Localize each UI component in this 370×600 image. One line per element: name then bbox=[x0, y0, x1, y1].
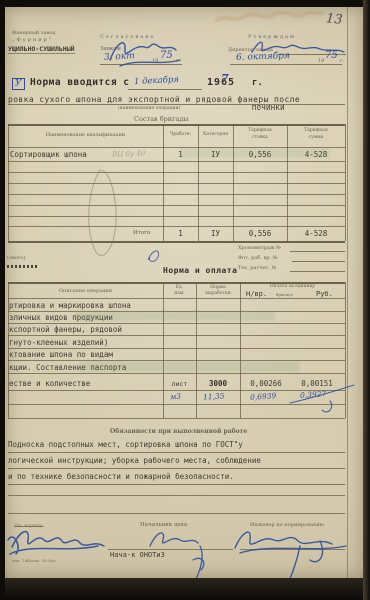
scan-edge-right bbox=[363, 0, 370, 600]
brigade-col-count: Чработн. bbox=[163, 132, 198, 137]
approved-year-suffix: г. bbox=[340, 58, 344, 64]
blank-rule-1 bbox=[8, 495, 345, 496]
brigade-row-sum: 4-528 bbox=[287, 150, 345, 159]
brigade-title: Состав бригады bbox=[134, 115, 189, 123]
agreed-date-line bbox=[100, 64, 182, 65]
pay-col-nvr: Н/вр. bbox=[246, 290, 267, 298]
margin-fragment: (ового) bbox=[7, 255, 25, 261]
pay-value-nvr: 0,00266 bbox=[240, 379, 292, 388]
ref-tech-label: Тех. расчет. № bbox=[238, 265, 276, 271]
norm-year-overwrite: 7 bbox=[221, 72, 229, 85]
center-signer-label: Начальник цеха bbox=[140, 522, 187, 528]
factory-name-line2: „Фурнир“ bbox=[12, 37, 53, 43]
pay-desc-line-6: кции. Составление паспорта bbox=[9, 363, 126, 372]
shop-name: УЩИЛЬНО-СУШИЛЬНЫЙ bbox=[8, 45, 75, 54]
brigade-total-count: 1 bbox=[163, 229, 198, 238]
duties-line-3: и по технике безопасности и пожарной без… bbox=[8, 472, 345, 485]
pay-value-unit: лист bbox=[163, 380, 196, 388]
agreed-year-handwritten: 75 bbox=[160, 50, 173, 61]
pay-desc-line-2: зличных видов продукции bbox=[9, 313, 113, 322]
pay-col-norm1: Норма bbox=[196, 285, 240, 290]
pay-desc-line-7: естве и количестве bbox=[9, 379, 90, 388]
approved-date-handwritten: 6. октября bbox=[236, 51, 290, 63]
pay-hand-unit: м3 bbox=[170, 392, 182, 402]
pay-hand-nvr: 0,6939 bbox=[250, 391, 277, 402]
operation-tail: ПОЧИНКИ bbox=[252, 104, 285, 112]
pay-value-norm: 3000 bbox=[196, 379, 240, 388]
print-note: тип. Табалка. 38 8оо bbox=[12, 558, 56, 563]
pay-col-desc: Описание операции bbox=[8, 288, 163, 294]
norm-intro-label: Норма вводится с bbox=[30, 77, 130, 88]
pay-col-mid: бригаде bbox=[276, 292, 293, 297]
pay-hand-norm: 11,35 bbox=[203, 391, 225, 401]
agreed-date-handwritten: 3. окт bbox=[104, 51, 135, 63]
pay-desc-line-3: кспортной фанеры, рядовой bbox=[9, 325, 122, 334]
brigade-total-label: Итого bbox=[133, 230, 150, 236]
pay-col-unit1: Ед. bbox=[163, 285, 196, 290]
right-sign-line bbox=[240, 549, 345, 550]
brigade-total-rate: 0,556 bbox=[233, 229, 287, 238]
ref-tech-line bbox=[290, 271, 345, 272]
margin-mark: У bbox=[12, 78, 25, 90]
duties-title: Обязанности при выполненной работе bbox=[110, 428, 247, 435]
brigade-total-category: IУ bbox=[198, 229, 233, 238]
brigade-col-rate1: Тарифная bbox=[233, 128, 287, 133]
scan-edge-left bbox=[0, 0, 5, 600]
pay-section-title: Норма и оплата bbox=[163, 266, 237, 275]
duties-line-2: логической инструкции; уборка рабочего м… bbox=[8, 456, 345, 469]
left-signer-label: Нм. нормир. bbox=[14, 524, 44, 529]
pay-col-rub: Руб. bbox=[316, 290, 333, 298]
page-number: 13 bbox=[325, 11, 343, 28]
brigade-row-count: 1 bbox=[163, 150, 198, 159]
norm-date-line bbox=[128, 89, 202, 90]
center-signer-label2: Нача-к ОНОТиЗ bbox=[110, 551, 165, 559]
page-crease bbox=[347, 7, 348, 578]
operation-name: ровка сухого шпона для экспортной и рядо… bbox=[8, 95, 345, 105]
brigade-row-rate: 0,556 bbox=[233, 150, 287, 159]
ref-chrono-line bbox=[290, 251, 345, 252]
pay-col-norm2: выработки bbox=[196, 291, 240, 296]
pay-col-group: Оплата за единицу bbox=[240, 284, 345, 289]
pay-col-unit2: изм. bbox=[163, 291, 196, 296]
norm-year-suffix: г. bbox=[252, 78, 263, 88]
struck-text-mark bbox=[7, 265, 37, 268]
ref-photo-line bbox=[292, 261, 345, 262]
duties-line-1: Подноска подстопных мест, сортировка шпо… bbox=[8, 440, 345, 453]
brigade-row-category: IУ bbox=[198, 150, 233, 159]
agreed-year-print: 19 bbox=[152, 58, 158, 64]
pay-desc-line-1: ртировка и маркировка шпона bbox=[9, 301, 131, 310]
pay-value-rub: 0,00151 bbox=[292, 379, 342, 388]
brigade-total-sum: 4-528 bbox=[287, 229, 345, 238]
agreed-year-suffix: г. bbox=[176, 58, 180, 64]
brigade-col-sum1: Тарифная bbox=[287, 128, 345, 133]
approved-date-line bbox=[230, 64, 342, 65]
brigade-col-category: Категория bbox=[198, 132, 233, 137]
agreed-label: Согласовано bbox=[100, 34, 156, 40]
approved-label: Утверждаю bbox=[248, 34, 296, 40]
center-sign-line bbox=[108, 549, 233, 550]
pay-desc-line-5: ктование шпона по видам bbox=[9, 350, 113, 359]
approved-year-handwritten: 75 bbox=[325, 50, 338, 61]
scan-edge-top bbox=[0, 0, 370, 7]
blank-rule-2 bbox=[8, 513, 345, 514]
operation-caption: (наименование операции) bbox=[118, 106, 180, 111]
factory-name-line1: Фанерный завод bbox=[12, 30, 55, 36]
scan-edge-bottom bbox=[0, 578, 370, 600]
brigade-row-name: Сортировщик шпона bbox=[10, 150, 87, 159]
brigade-col-sum2: сумма bbox=[287, 135, 345, 140]
ref-photo-label: Фот. раб. вр. № bbox=[238, 255, 277, 261]
ref-chrono-label: Хронометраж № bbox=[238, 245, 281, 251]
pay-hand-rub: 0,3927 bbox=[300, 389, 327, 400]
brigade-row-pencil-note: ВЦ 6у 40 bbox=[112, 149, 145, 158]
scanned-document-page: { "page": { "number": "13" }, "header": … bbox=[0, 0, 370, 600]
brigade-col-rate2: ставка bbox=[233, 135, 287, 140]
brigade-col-name: Наименование квалификации bbox=[8, 132, 163, 138]
right-signer-label: Инженер по нормированию bbox=[250, 522, 324, 528]
pay-desc-line-4: гнуто-клееных изделий) bbox=[9, 338, 108, 347]
approved-year-print: 19 bbox=[318, 58, 324, 64]
